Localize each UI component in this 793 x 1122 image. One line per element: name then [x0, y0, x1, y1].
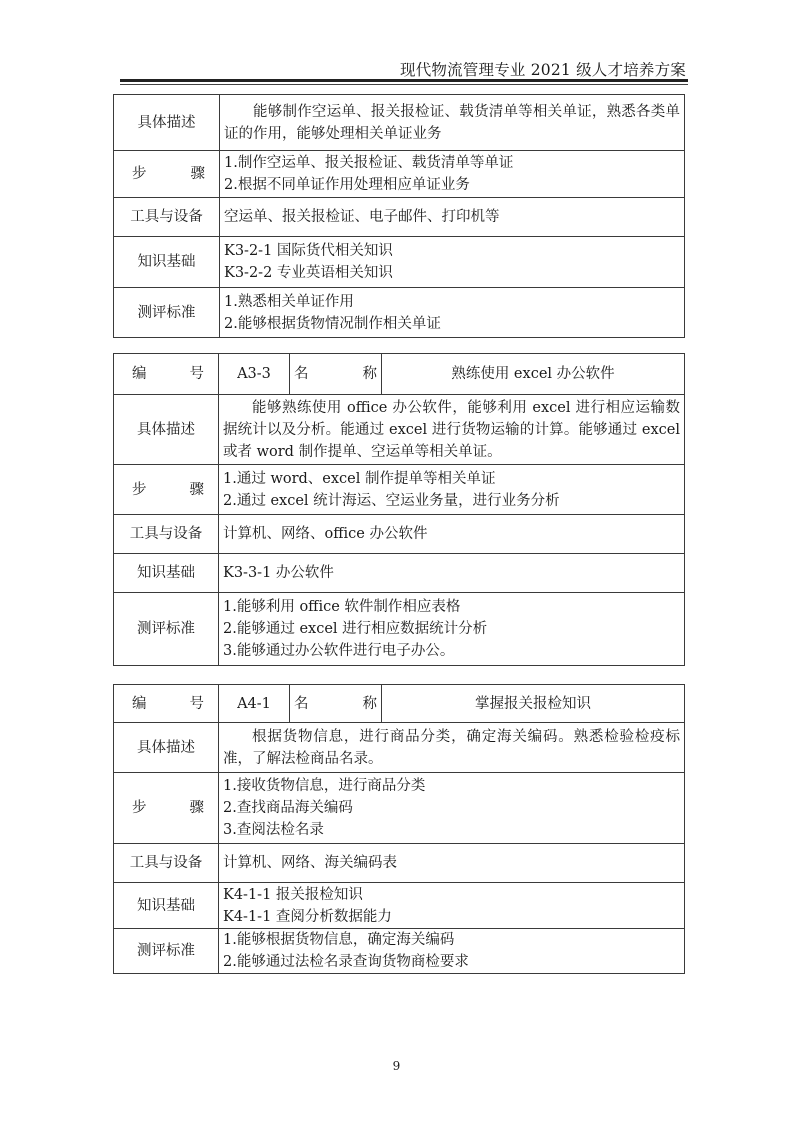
step-line: 2.通过 excel 统计海运、空运业务量，进行业务分析 — [223, 490, 680, 512]
row-knowledge: 知识基础 K3-2-1 国际货代相关知识 K3-2-2 专业英语相关知识 — [114, 237, 685, 288]
assessment-line: 1.熟悉相关单证作用 — [224, 291, 680, 313]
knowledge-line: K4-1-1 查阅分析数据能力 — [223, 906, 680, 928]
step-line: 2.查找商品海关编码 — [223, 797, 680, 819]
row-description: 具体描述 能够熟练使用 office 办公软件，能够利用 excel 进行相应运… — [114, 395, 685, 465]
step-line: 1.接收货物信息，进行商品分类 — [223, 775, 680, 797]
label-tools: 工具与设备 — [114, 844, 219, 883]
row-assessment: 测评标准 1.熟悉相关单证作用 2.能够根据货物情况制作相关单证 — [114, 288, 685, 338]
header-rule-thick — [120, 79, 688, 82]
label-knowledge: 知识基础 — [114, 883, 219, 929]
row-steps: 步 骤 1.制作空运单、报关报检证、载货清单等单证 2.根据不同单证作用处理相应… — [114, 151, 685, 198]
value-name: 掌握报关报检知识 — [382, 685, 685, 723]
skill-table-a3-2-continued: 具体描述 能够制作空运单、报关报检证、载货清单等相关单证，熟悉各类单证的作用，能… — [113, 94, 685, 338]
label-code: 编 号 — [114, 685, 219, 723]
row-tools: 工具与设备 计算机、网络、office 办公软件 — [114, 515, 685, 554]
label-tools: 工具与设备 — [114, 198, 220, 237]
value-assessment: 1.熟悉相关单证作用 2.能够根据货物情况制作相关单证 — [220, 288, 685, 338]
document-header-title: 现代物流管理专业 2021 级人才培养方案 — [400, 58, 678, 80]
label-knowledge: 知识基础 — [114, 554, 219, 593]
row-header: 编 号 A3-3 名 称 熟练使用 excel 办公软件 — [114, 354, 685, 395]
value-code: A4-1 — [219, 685, 290, 723]
step-line: 1.通过 word、excel 制作提单等相关单证 — [223, 468, 680, 490]
row-assessment: 测评标准 1.能够根据货物信息，确定海关编码 2.能够通过法检名录查询货物商检要… — [114, 929, 685, 974]
knowledge-line: K4-1-1 报关报检知识 — [223, 884, 680, 906]
value-steps: 1.接收货物信息，进行商品分类 2.查找商品海关编码 3.查阅法检名录 — [219, 773, 685, 844]
label-code: 编 号 — [114, 354, 219, 395]
label-steps: 步 骤 — [114, 465, 219, 515]
label-assessment: 测评标准 — [114, 288, 220, 338]
knowledge-line: K3-2-1 国际货代相关知识 — [224, 240, 680, 262]
assessment-line: 2.能够通过法检名录查询货物商检要求 — [223, 951, 680, 973]
value-description: 能够制作空运单、报关报检证、载货清单等相关单证，熟悉各类单证的作用，能够处理相关… — [220, 95, 685, 151]
value-tools: 空运单、报关报检证、电子邮件、打印机等 — [220, 198, 685, 237]
value-description: 能够熟练使用 office 办公软件，能够利用 excel 进行相应运输数据统计… — [219, 395, 685, 465]
label-steps: 步 骤 — [114, 773, 219, 844]
value-knowledge: K3-2-1 国际货代相关知识 K3-2-2 专业英语相关知识 — [220, 237, 685, 288]
row-steps: 步 骤 1.接收货物信息，进行商品分类 2.查找商品海关编码 3.查阅法检名录 — [114, 773, 685, 844]
label-description: 具体描述 — [114, 95, 220, 151]
row-tools: 工具与设备 计算机、网络、海关编码表 — [114, 844, 685, 883]
value-knowledge: K4-1-1 报关报检知识 K4-1-1 查阅分析数据能力 — [219, 883, 685, 929]
step-line: 2.根据不同单证作用处理相应单证业务 — [224, 174, 680, 196]
header-rule-thin — [120, 84, 688, 85]
label-description: 具体描述 — [114, 395, 219, 465]
label-knowledge: 知识基础 — [114, 237, 220, 288]
label-assessment: 测评标准 — [114, 929, 219, 974]
value-tools: 计算机、网络、海关编码表 — [219, 844, 685, 883]
value-code: A3-3 — [219, 354, 290, 395]
step-line: 1.制作空运单、报关报检证、载货清单等单证 — [224, 152, 680, 174]
knowledge-line: K3-3-1 办公软件 — [223, 562, 680, 584]
label-steps: 步 骤 — [114, 151, 220, 198]
row-description: 具体描述 根据货物信息，进行商品分类，确定海关编码。熟悉检验检疫标准，了解法检商… — [114, 723, 685, 773]
assessment-line: 2.能够通过 excel 进行相应数据统计分析 — [223, 618, 680, 640]
value-knowledge: K3-3-1 办公软件 — [219, 554, 685, 593]
label-description: 具体描述 — [114, 723, 219, 773]
value-steps: 1.通过 word、excel 制作提单等相关单证 2.通过 excel 统计海… — [219, 465, 685, 515]
skill-table-a3-3: 编 号 A3-3 名 称 熟练使用 excel 办公软件 具体描述 能够熟练使用… — [113, 353, 685, 666]
row-header: 编 号 A4-1 名 称 掌握报关报检知识 — [114, 685, 685, 723]
value-tools: 计算机、网络、office 办公软件 — [219, 515, 685, 554]
row-knowledge: 知识基础 K3-3-1 办公软件 — [114, 554, 685, 593]
label-name: 名 称 — [290, 685, 382, 723]
row-description: 具体描述 能够制作空运单、报关报检证、载货清单等相关单证，熟悉各类单证的作用，能… — [114, 95, 685, 151]
label-tools: 工具与设备 — [114, 515, 219, 554]
knowledge-line: K3-2-2 专业英语相关知识 — [224, 262, 680, 284]
label-assessment: 测评标准 — [114, 593, 219, 666]
row-tools: 工具与设备 空运单、报关报检证、电子邮件、打印机等 — [114, 198, 685, 237]
page-number: 9 — [0, 1059, 793, 1073]
skill-table-a4-1: 编 号 A4-1 名 称 掌握报关报检知识 具体描述 根据货物信息，进行商品分类… — [113, 684, 685, 974]
value-assessment: 1.能够利用 office 软件制作相应表格 2.能够通过 excel 进行相应… — [219, 593, 685, 666]
assessment-line: 1.能够根据货物信息，确定海关编码 — [223, 929, 680, 951]
step-line: 3.查阅法检名录 — [223, 819, 680, 841]
assessment-line: 1.能够利用 office 软件制作相应表格 — [223, 596, 680, 618]
assessment-line: 2.能够根据货物情况制作相关单证 — [224, 313, 680, 335]
value-name: 熟练使用 excel 办公软件 — [382, 354, 685, 395]
value-description: 根据货物信息，进行商品分类，确定海关编码。熟悉检验检疫标准，了解法检商品名录。 — [219, 723, 685, 773]
row-knowledge: 知识基础 K4-1-1 报关报检知识 K4-1-1 查阅分析数据能力 — [114, 883, 685, 929]
row-assessment: 测评标准 1.能够利用 office 软件制作相应表格 2.能够通过 excel… — [114, 593, 685, 666]
value-assessment: 1.能够根据货物信息，确定海关编码 2.能够通过法检名录查询货物商检要求 — [219, 929, 685, 974]
value-steps: 1.制作空运单、报关报检证、载货清单等单证 2.根据不同单证作用处理相应单证业务 — [220, 151, 685, 198]
assessment-line: 3.能够通过办公软件进行电子办公。 — [223, 640, 680, 662]
label-name: 名 称 — [290, 354, 382, 395]
row-steps: 步 骤 1.通过 word、excel 制作提单等相关单证 2.通过 excel… — [114, 465, 685, 515]
